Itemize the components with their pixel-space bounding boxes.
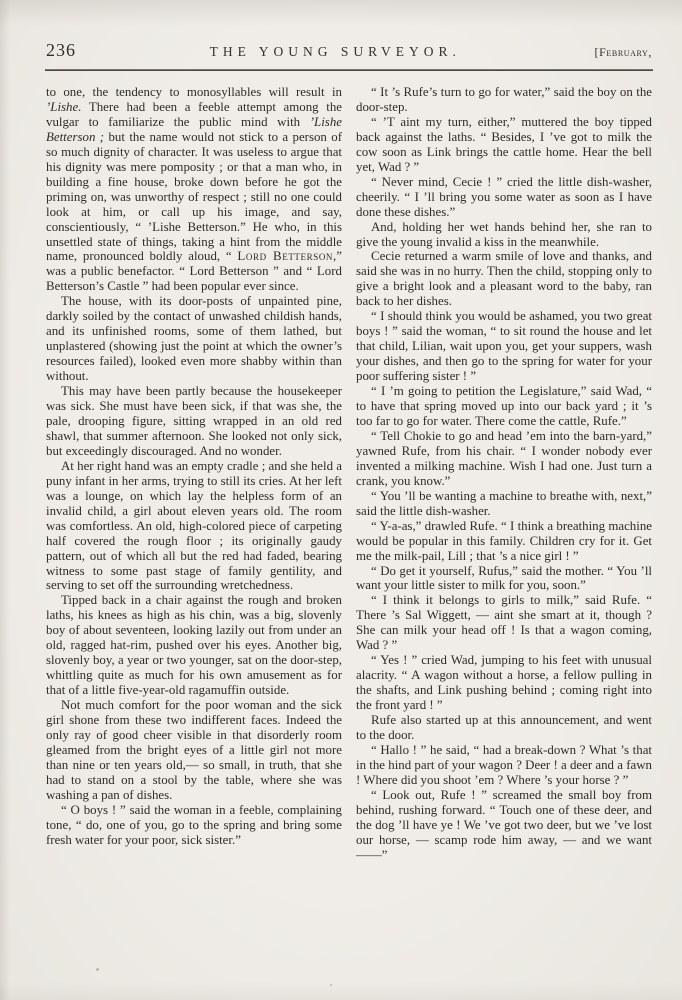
paragraph: “ Y-a-as,” drawled Rufe. “ I think a bre… xyxy=(356,519,652,564)
paragraph: And, holding her wet hands behind her, s… xyxy=(356,220,652,250)
paragraph: “ Yes ! ” cried Wad, jumping to his feet… xyxy=(356,653,652,713)
running-title: THE YOUNG SURVEYOR. xyxy=(76,44,595,60)
italic-text: ’Lishe Betterson ; xyxy=(46,115,342,144)
paragraph: The house, with its door-posts of unpain… xyxy=(46,294,342,384)
paragraph: “ Look out, Rufe ! ” screamed the small … xyxy=(356,788,652,863)
paragraph: Rufe also started up at this announcemen… xyxy=(356,713,652,743)
page-number: 236 xyxy=(46,40,76,61)
paragraph: “ O boys ! ” said the woman in a feeble,… xyxy=(46,803,342,848)
paragraph: “ I ’m going to petition the Legislature… xyxy=(356,384,652,429)
paragraph: “ I think it belongs to girls to milk,” … xyxy=(356,593,652,653)
scan-speck xyxy=(96,968,99,971)
paragraph: Cecie returned a warm smile of love and … xyxy=(356,249,652,309)
paragraph: Tipped back in a chair against the rough… xyxy=(46,593,342,698)
paragraph: Not much comfort for the poor woman and … xyxy=(46,698,342,803)
paragraph: “ Never mind, Cecie ! ” cried the little… xyxy=(356,175,652,220)
issue-label: [February, xyxy=(595,45,652,60)
column-left: to one, the tendency to monosyllables wi… xyxy=(46,85,342,1000)
paragraph: “ You ’ll be wanting a machine to breath… xyxy=(356,489,652,519)
running-header: 236 THE YOUNG SURVEYOR. [February, xyxy=(46,40,652,61)
paragraph: to one, the tendency to monosyllables wi… xyxy=(46,85,342,294)
scan-speck xyxy=(330,984,332,986)
text-columns: to one, the tendency to monosyllables wi… xyxy=(46,85,652,1000)
italic-text: ’Lishe. xyxy=(46,100,81,114)
paragraph: “ It ’s Rufe’s turn to go for water,” sa… xyxy=(356,85,652,115)
paragraph: “ Hallo ! ” he said, “ had a break-down … xyxy=(356,743,652,788)
paragraph: At her right hand was an empty cradle ; … xyxy=(46,459,342,594)
book-page: 236 THE YOUNG SURVEYOR. [February, to on… xyxy=(0,0,682,1000)
paragraph: “ ’T aint my turn, either,” muttered the… xyxy=(356,115,652,175)
paragraph: “ I should think you would be ashamed, y… xyxy=(356,309,652,384)
smallcaps-text: Lord Betterson xyxy=(237,249,333,263)
header-rule xyxy=(45,69,653,71)
paragraph: “ Do get it yourself, Rufus,” said the m… xyxy=(356,564,652,594)
paragraph: “ Tell Chokie to go and head ’em into th… xyxy=(356,429,652,489)
column-right: “ It ’s Rufe’s turn to go for water,” sa… xyxy=(356,85,652,1000)
paragraph: This may have been partly because the ho… xyxy=(46,384,342,459)
